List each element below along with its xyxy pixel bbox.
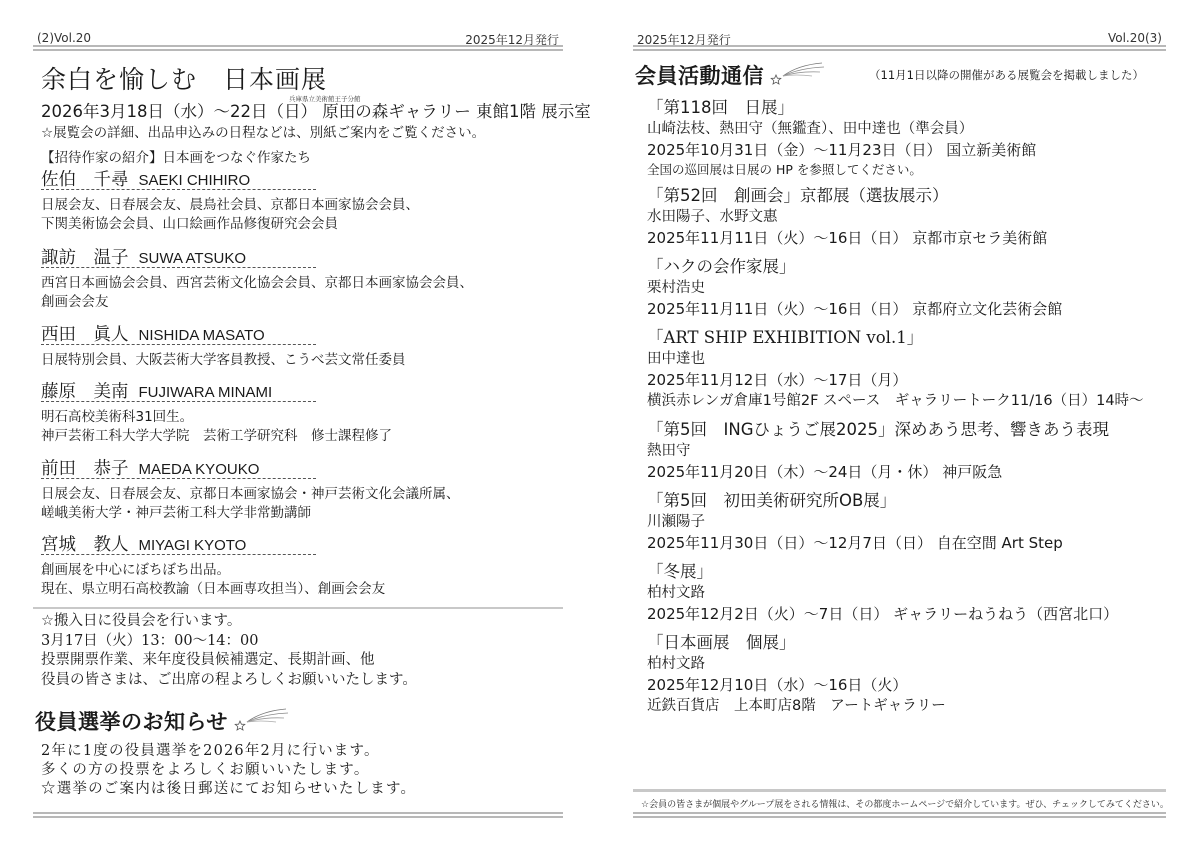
artist-name-en: MAEDA KYOUKO xyxy=(139,461,260,478)
event-item: 「第5回 初田美術研究所OB展」 川瀬陽子 2025年11月30日（日）～12月… xyxy=(647,489,1167,554)
footer-note: ☆会員の皆さまが個展やグループ展をされる情報は、その都度ホームページで紹介してい… xyxy=(641,797,1169,810)
event-date: 2025年12月10日（水）～16日（火） xyxy=(647,675,1167,696)
event-artists: 柏村文路 xyxy=(647,583,1167,604)
election-notice: 2年に1度の役員選挙を2026年2月に行います。 多くの方の投票をよろしくお願い… xyxy=(41,742,416,799)
artist-name: 前田 恭子MAEDA KYOUKO xyxy=(41,455,316,479)
artist-bio: 西宮日本画協会会員、西宮芸術文化協会会員、京都日本画家協会会員、 創画会会友 xyxy=(41,274,316,312)
event-title: 「第52回 創画会」京都展（選抜展示） xyxy=(647,184,1167,207)
artist-name-en: SAEKI CHIHIRO xyxy=(139,172,251,189)
artist-name-ja: 佐伯 千尋 xyxy=(41,170,129,190)
page-volume: (2)Vol.20 xyxy=(37,31,91,45)
event-artists: 田中達也 xyxy=(647,349,1167,370)
event-date: 2025年11月12日（水）～17日（月） xyxy=(647,370,1167,391)
event-date-venue: 2025年11月11日（火）～16日（日） 京都市京セラ美術館 xyxy=(647,228,1167,249)
artist-entry: 宮城 教人MIYAGI KYOTO 創画展を中心にぼちぼち出品。 現在、県立明石… xyxy=(41,531,316,599)
artist-bio: 創画展を中心にぼちぼち出品。 現在、県立明石高校教諭（日本画専攻担当）、創画会会… xyxy=(41,561,316,599)
artist-entry: 諏訪 温子SUWA ATSUKO 西宮日本画協会会員、西宮芸術文化協会会員、京都… xyxy=(41,244,316,312)
footer-rule xyxy=(33,812,563,818)
event-date-venue: 2025年11月20日（木）～24日（月・休） 神戸阪急 xyxy=(647,462,1167,483)
artist-name: 西田 眞人NISHIDA MASATO xyxy=(41,321,316,345)
event-item: 「第118回 日展」 山崎法枝、熱田守（無鑑査）、田中達也（準会員） 2025年… xyxy=(647,96,1167,178)
bio-line: 日展会友、日春展会友、京都日本画家協会・神戸芸術文化会議所属、 xyxy=(41,485,316,504)
exhibition-note: ☆展覧会の詳細、出品申込みの日程などは、別紙ご案内をご覧ください。 xyxy=(41,121,485,141)
bio-line: 明石高校美術科31回生。 xyxy=(41,408,316,427)
event-title: 「ART SHIP EXHIBITION vol.1」 xyxy=(647,326,1167,349)
event-item: 「第5回 INGひょうご展2025」深めあう思考、響きあう表現 熱田守 2025… xyxy=(647,418,1167,483)
bio-line: 日展会友、日春展会友、晨鳥社会員、京都日本画家協会会員、 xyxy=(41,196,316,215)
footer-rule xyxy=(633,812,1166,818)
artist-entry: 佐伯 千尋SAEKI CHIHIRO 日展会友、日春展会友、晨鳥社会員、京都日本… xyxy=(41,166,316,234)
artist-bio: 日展会友、日春展会友、晨鳥社会員、京都日本画家協会会員、 下関美術協会会員、山口… xyxy=(41,196,316,234)
header-rule xyxy=(633,45,1166,51)
artist-name-en: FUJIWARA MINAMI xyxy=(139,384,273,401)
event-item: 「ART SHIP EXHIBITION vol.1」 田中達也 2025年11… xyxy=(647,326,1167,412)
event-item: 「日本画展 個展」 柏村文路 2025年12月10日（水）～16日（火） 近鉄百… xyxy=(647,631,1167,717)
meeting-line: ☆搬入日に役員会を行います。 xyxy=(41,612,417,632)
artist-name: 佐伯 千尋SAEKI CHIHIRO xyxy=(41,166,316,190)
event-title: 「冬展」 xyxy=(647,560,1167,583)
running-head: 2025年12月発行 Vol.20(3) xyxy=(633,31,1166,45)
event-list: 「第118回 日展」 山崎法枝、熱田守（無鑑査）、田中達也（準会員） 2025年… xyxy=(647,96,1167,723)
bio-line: 創画会会友 xyxy=(41,293,316,312)
event-date-venue: 2025年12月2日（火）～7日（日） ギャラリーねうねう（西宮北口） xyxy=(647,604,1167,625)
meeting-time: 3月17日（火）13：00～14：00 xyxy=(41,632,417,652)
event-date-venue: 2025年10月31日（金）～11月23日（日） 国立新美術館 xyxy=(647,140,1167,161)
board-meeting-notice: ☆搬入日に役員会を行います。 3月17日（火）13：00～14：00 投票開票作… xyxy=(41,612,417,690)
meeting-line: 役員の皆さまは、ご出席の程よろしくお願いいたします。 xyxy=(41,671,417,691)
event-title: 「第5回 初田美術研究所OB展」 xyxy=(647,489,1167,512)
member-news-subtitle: （11月1日以降の開催がある展覧会を掲載しました） xyxy=(869,67,1144,83)
bio-line: 嵯峨美術大学・神戸芸術工科大学非常勤講師 xyxy=(41,504,316,523)
event-artists: 柏村文路 xyxy=(647,654,1167,675)
artist-entry: 前田 恭子MAEDA KYOUKO 日展会友、日春展会友、京都日本画家協会・神戸… xyxy=(41,455,316,523)
footer-divider xyxy=(633,789,1166,792)
page-volume: Vol.20(3) xyxy=(1108,31,1162,45)
member-news-heading: 会員活動通信 xyxy=(635,60,826,90)
election-title: 役員選挙のお知らせ xyxy=(35,710,228,734)
artist-name-en: NISHIDA MASATO xyxy=(139,327,265,344)
bio-line: 現在、県立明石高校教諭（日本画専攻担当）、創画会会友 xyxy=(41,580,316,599)
artist-name-ja: 前田 恭子 xyxy=(41,459,129,479)
shooting-star-icon xyxy=(770,61,826,90)
election-heading: 役員選挙のお知らせ xyxy=(35,706,290,736)
event-venue: 横浜赤レンガ倉庫1号館2F スペース ギャラリートーク11/16（日）14時～ xyxy=(647,391,1167,412)
event-note: 全国の巡回展は日展の HP を参照してください。 xyxy=(647,161,1167,178)
event-date-venue: 2025年11月11日（火）～16日（日） 京都府立文化芸術会館 xyxy=(647,299,1167,320)
event-artists: 熱田守 xyxy=(647,441,1167,462)
event-item: 「冬展」 柏村文路 2025年12月2日（火）～7日（日） ギャラリーねうねう（… xyxy=(647,560,1167,625)
artist-name-ja: 諏訪 温子 xyxy=(41,248,129,268)
exhibition-title: 余白を愉しむ 日本画展 xyxy=(41,60,327,96)
header-rule xyxy=(33,45,563,51)
exhibition-date-venue: 2026年3月18日（水）～22日（日） 原田の森ギャラリー 東館1階 展示室 xyxy=(41,98,591,122)
election-line: 多くの方の投票をよろしくお願いいたします。 xyxy=(41,761,416,780)
bio-line: 日展特別会員、大阪芸術大学客員教授、こうべ芸文常任委員 xyxy=(41,351,316,370)
invited-artists-heading: 【招待作家の紹介】日本画をつなぐ作家たち xyxy=(41,146,311,166)
event-title: 「第118回 日展」 xyxy=(647,96,1167,119)
running-head: (2)Vol.20 2025年12月発行 xyxy=(33,31,563,45)
artist-name-ja: 宮城 教人 xyxy=(41,535,129,555)
artist-bio: 明石高校美術科31回生。 神戸芸術工科大学大学院 芸術工学研究科 修士課程修了 xyxy=(41,408,316,446)
event-artists: 山崎法枝、熱田守（無鑑査）、田中達也（準会員） xyxy=(647,119,1167,140)
artist-name: 宮城 教人MIYAGI KYOTO xyxy=(41,531,316,555)
bio-line: 西宮日本画協会会員、西宮芸術文化協会会員、京都日本画家協会会員、 xyxy=(41,274,316,293)
shooting-star-icon xyxy=(234,707,290,736)
artist-name: 諏訪 温子SUWA ATSUKO xyxy=(41,244,316,268)
event-date-venue: 2025年11月30日（日）～12月7日（日） 自在空間 Art Step xyxy=(647,533,1167,554)
left-page: (2)Vol.20 2025年12月発行 余白を愉しむ 日本画展 兵庫県立美術館… xyxy=(33,0,563,849)
artist-bio: 日展会友、日春展会友、京都日本画家協会・神戸芸術文化会議所属、 嵯峨美術大学・神… xyxy=(41,485,316,523)
artist-bio: 日展特別会員、大阪芸術大学客員教授、こうべ芸文常任委員 xyxy=(41,351,316,370)
member-news-title: 会員活動通信 xyxy=(635,64,764,88)
artist-name-ja: 藤原 美南 xyxy=(41,382,129,402)
right-page: 2025年12月発行 Vol.20(3) 会員活動通信 （11月1日以降の開催が… xyxy=(633,0,1166,849)
section-divider xyxy=(33,607,563,609)
bio-line: 神戸芸術工科大学大学院 芸術工学研究科 修士課程修了 xyxy=(41,427,316,446)
event-title: 「第5回 INGひょうご展2025」深めあう思考、響きあう表現 xyxy=(647,418,1167,441)
event-artists: 水田陽子、水野文惠 xyxy=(647,207,1167,228)
event-venue: 近鉄百貨店 上本町店8階 アートギャラリー xyxy=(647,696,1167,717)
election-line: ☆選挙のご案内は後日郵送にてお知らせいたします。 xyxy=(41,780,416,799)
event-item: 「第52回 創画会」京都展（選抜展示） 水田陽子、水野文惠 2025年11月11… xyxy=(647,184,1167,249)
artist-entry: 藤原 美南FUJIWARA MINAMI 明石高校美術科31回生。 神戸芸術工科… xyxy=(41,378,316,446)
event-title: 「ハクの会作家展」 xyxy=(647,255,1167,278)
event-artists: 川瀬陽子 xyxy=(647,512,1167,533)
bio-line: 下関美術協会会員、山口絵画作品修復研究会会員 xyxy=(41,215,316,234)
artist-name: 藤原 美南FUJIWARA MINAMI xyxy=(41,378,316,402)
event-artists: 栗村浩史 xyxy=(647,278,1167,299)
artist-name-en: MIYAGI KYOTO xyxy=(139,537,247,554)
artist-name-en: SUWA ATSUKO xyxy=(139,250,247,267)
event-title: 「日本画展 個展」 xyxy=(647,631,1167,654)
meeting-line: 投票開票作業、来年度役員候補選定、長期計画、他 xyxy=(41,651,417,671)
artist-name-ja: 西田 眞人 xyxy=(41,325,129,345)
bio-line: 創画展を中心にぼちぼち出品。 xyxy=(41,561,316,580)
election-line: 2年に1度の役員選挙を2026年2月に行います。 xyxy=(41,742,416,761)
event-item: 「ハクの会作家展」 栗村浩史 2025年11月11日（火）～16日（日） 京都府… xyxy=(647,255,1167,320)
artist-entry: 西田 眞人NISHIDA MASATO 日展特別会員、大阪芸術大学客員教授、こう… xyxy=(41,321,316,370)
